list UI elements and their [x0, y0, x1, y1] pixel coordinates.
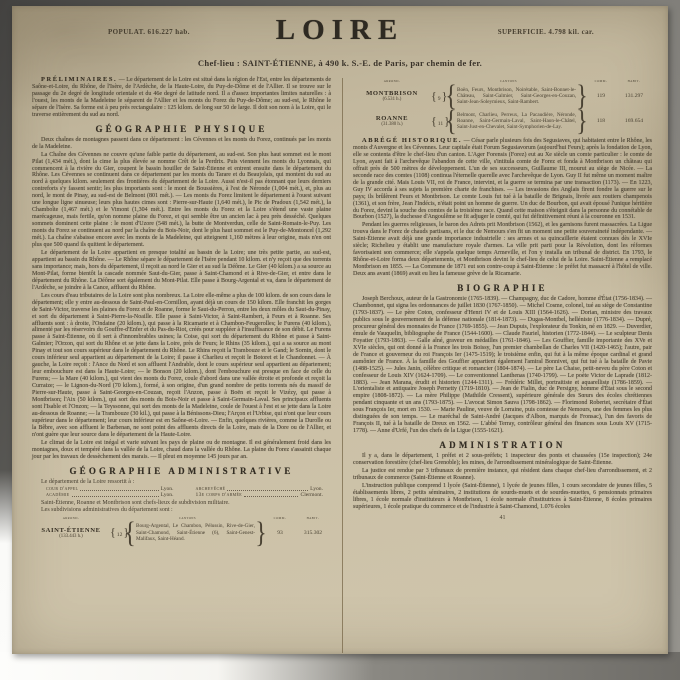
heading-biographie: BIOGRAPHIE	[353, 283, 652, 293]
cantons-list: Belmont, Charlieu, Perreux, La Pacaudièr…	[455, 112, 578, 130]
leader-dots	[72, 492, 159, 497]
col-header-habit: habit.	[295, 515, 331, 520]
military-subdivision-line: Saint-Étienne, Roanne et Montbrison sont…	[32, 500, 331, 506]
table-row: MONTBRISON (6.531 h.) 9 Boën, Feurs, Mon…	[353, 84, 652, 108]
close-brace	[578, 109, 586, 133]
geo-physique-paragraph: Le climat de la Loire est inégal et vari…	[32, 440, 331, 461]
open-brace	[126, 521, 134, 545]
jurisdiction-value: Clermont.	[300, 492, 323, 498]
column-divider-rule	[342, 78, 343, 653]
leader-dots	[80, 486, 158, 491]
leader-dots	[227, 486, 308, 491]
col-header-arrond: arrond.	[353, 78, 431, 83]
administration-paragraph: Il y a, dans le département, 1 préfet et…	[353, 453, 652, 467]
page-number: 41	[353, 515, 652, 521]
jurisdictions-left: cour d'appel Lyon. académie Lyon.	[32, 486, 182, 498]
biographie-paragraph: Joseph Berchoux, auteur de la Gastronomi…	[353, 296, 652, 435]
arrondissement-name: SAINT-ÉTIENNE	[32, 527, 110, 534]
arrondissement-name-cell: MONTBRISON (6.531 h.)	[353, 90, 431, 102]
jurisdiction-row: académie Lyon.	[46, 492, 174, 498]
administration-paragraph: L'instruction publique comprend 1 lycée …	[353, 483, 652, 511]
historique-paragraph: ABRÉGÉ HISTORIQUE. — César parle plusieu…	[353, 137, 652, 221]
superficie-label: SUPERFICIE.	[498, 28, 547, 36]
table-header-row: arrond. cantons comm. habit.	[353, 78, 652, 83]
close-brace	[257, 521, 265, 545]
cantons-list: Bourg-Argental, Le Chambon, Pélussin, Ri…	[134, 523, 257, 541]
arrondissement-name: MONTBRISON	[353, 90, 431, 97]
jurisdictions-right: archevêché Lyon. 13e corps d'armée Clerm…	[182, 486, 332, 498]
table-header-row: arrond. cantons comm. habit.	[32, 515, 331, 520]
table-row: ROANNE (31.380 h.) 11 Belmont, Charlieu,…	[353, 109, 652, 133]
chef-lieu-line: Chef-lieu : SAINT-ÉTIENNE, à 490 k. S.-E…	[12, 58, 668, 68]
jurisdictions-table: cour d'appel Lyon. académie Lyon. archev	[32, 486, 331, 498]
table-row: SAINT-ÉTIENNE (133.443 h.) 12 Bourg-Arge…	[32, 521, 331, 545]
col-header-comm: comm.	[265, 515, 295, 520]
heading-geographie-physique: GÉOGRAPHIE PHYSIQUE	[32, 124, 331, 134]
two-column-body: PRÉLIMINAIRES. — Le département de la Lo…	[32, 76, 652, 546]
habitants-count: 131.297	[616, 93, 652, 99]
scan-mat-bottom	[0, 652, 680, 680]
communes-count: 118	[586, 118, 616, 124]
superficie-value: 4.798 kil. car.	[548, 28, 594, 36]
arrondissement-name-cell: ROANNE (31.380 h.)	[353, 115, 431, 127]
jurisdiction-value: Lyon.	[161, 492, 174, 498]
arrondissements-table-part1: arrond. cantons comm. habit. SAINT-ÉTIEN…	[32, 515, 331, 545]
communes-count: 119	[586, 93, 616, 99]
superficie-stat: SUPERFICIE. 4.798 kil. car.	[498, 28, 594, 36]
arrondissement-population: (31.380 h.)	[353, 122, 431, 127]
preliminaires-paragraph: PRÉLIMINAIRES. — Le département de la Lo…	[32, 76, 331, 119]
heading-administration: ADMINISTRATION	[353, 440, 652, 450]
right-column: arrond. cantons comm. habit. MONTBRISON …	[342, 76, 652, 546]
scan-photo-background: POPULAT. 616.227 hab. LOIRE SUPERFICIE. …	[0, 0, 680, 680]
arrondissement-name-cell: SAINT-ÉTIENNE (133.443 h.)	[32, 527, 110, 539]
communes-count: 93	[265, 530, 295, 536]
arrondissement-name: ROANNE	[353, 115, 431, 122]
jurisdiction-label: académie	[46, 492, 70, 498]
jurisdiction-label: 13e corps d'armée	[196, 492, 243, 498]
geo-physique-paragraph: Deux chaînes de montagnes passent dans c…	[32, 137, 331, 151]
historique-label: ABRÉGÉ HISTORIQUE.	[362, 137, 462, 144]
arrondissements-table-part2: arrond. cantons comm. habit. MONTBRISON …	[353, 78, 652, 133]
historique-paragraph: Pendant les guerres religieuses, le baro…	[353, 222, 652, 278]
subdivisions-intro: Les subdivisions administratives du dépa…	[32, 507, 331, 513]
habitants-count: 315.302	[295, 530, 331, 536]
left-column: PRÉLIMINAIRES. — Le département de la Lo…	[32, 76, 342, 546]
geo-admin-intro: Le département de la Loire ressortit à :	[32, 479, 331, 485]
jurisdiction-row: 13e corps d'armée Clermont.	[196, 492, 324, 498]
arrondissement-population: (6.531 h.)	[353, 97, 431, 102]
administration-paragraph: La justice est rendue par 3 tribunaux de…	[353, 468, 652, 482]
geo-physique-paragraph: La Chaîne des Cévennes ne couvre qu'une …	[32, 152, 331, 249]
geo-physique-paragraph: Les cours d'eau tributaires de la Loire …	[32, 293, 331, 439]
scanned-page: POPULAT. 616.227 hab. LOIRE SUPERFICIE. …	[12, 6, 668, 654]
arrondissement-population: (133.443 h.)	[32, 534, 110, 539]
historique-text: — César parle plusieurs fois des Segusia…	[353, 138, 652, 220]
open-brace	[447, 109, 455, 133]
leader-dots	[244, 492, 298, 497]
col-header-comm: comm.	[586, 78, 616, 83]
geo-physique-paragraph: Le département de la Loire appartient en…	[32, 250, 331, 292]
habitants-count: 169.654	[616, 118, 652, 124]
col-header-habit: habit.	[616, 78, 652, 83]
cantons-list: Boën, Feurs, Montbrison, Noirétable, Sai…	[455, 87, 578, 105]
preliminaires-label: PRÉLIMINAIRES.	[41, 76, 117, 83]
heading-geographie-administrative: GÉOGRAPHIE ADMINISTRATIVE	[32, 466, 331, 476]
col-header-arrond: arrond.	[32, 515, 110, 520]
page-header: POPULAT. 616.227 hab. LOIRE SUPERFICIE. …	[12, 6, 668, 52]
preliminaires-text: — Le département de la Loire est situé d…	[32, 77, 331, 118]
